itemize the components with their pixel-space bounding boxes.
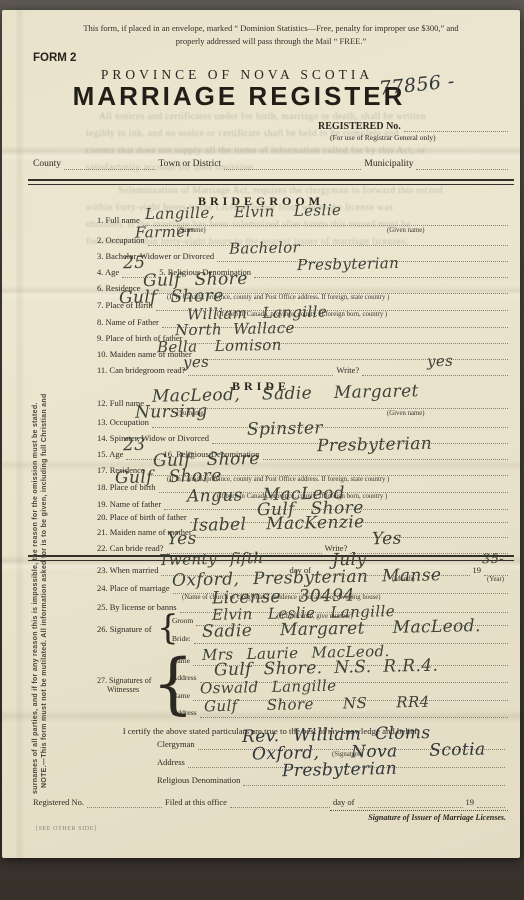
hw-groom-mother: Bella Lomison	[157, 336, 282, 357]
hw-wedding-day: Twenty fifth	[159, 549, 264, 569]
hw-denomination: Presbyterian	[282, 759, 398, 781]
field-groom-literacy: 11. Can bridegroom read? Write? yes yes	[97, 362, 508, 376]
field-line	[230, 796, 330, 808]
hw-wedding-year: 35-	[482, 552, 504, 567]
hw-bride-occupation: Nursing	[135, 401, 208, 423]
write-label: Write?	[333, 365, 362, 376]
hw-groom-can-read: yes	[183, 353, 210, 372]
hw-bride-birthplace: Gulf Shore	[115, 466, 222, 488]
field-bride-mother: 21. Maiden name of mother Isabel MacKenz…	[97, 524, 508, 538]
field-label: 23. When married	[97, 565, 161, 576]
margin-note-line1: NOTE.—This form must not be mutilated. A…	[41, 188, 48, 788]
county-line	[64, 158, 156, 170]
day-of-label: day of	[330, 797, 357, 808]
county-label: County	[33, 159, 64, 170]
field-label: 15. Age	[97, 449, 126, 460]
denomination-label: Religious Denomination	[157, 775, 243, 786]
field-line	[148, 234, 508, 246]
registrar-note: (For use of Registrar General only)	[330, 133, 436, 142]
hw-bride-status: Spinster	[247, 418, 323, 440]
mail-notice-line1: This form, if placed in an envelope, mar…	[42, 22, 500, 34]
year-prefix: 19	[463, 797, 478, 808]
registered-no-line	[404, 120, 508, 132]
field-groom-father: 8. Name of Father William Langille	[97, 314, 508, 328]
field-label: 3. Bachelor, Widower or Divorced	[97, 251, 217, 262]
ghost-text-line: correct that does not supply all the ite…	[86, 146, 426, 156]
field-line	[87, 796, 162, 808]
hw-groom-can-write: yes	[427, 352, 454, 371]
hw-bride-can-write: Yes	[372, 529, 402, 550]
municipality-line	[416, 158, 508, 170]
town-label: Town or District	[155, 159, 224, 170]
signatures-label: 26. Signature of	[97, 624, 152, 634]
municipality-label: Municipality	[361, 159, 416, 170]
form-number: FORM 2	[33, 52, 76, 64]
field-label: 8. Name of Father	[97, 317, 162, 328]
hw-groom-status: Bachelor	[229, 238, 300, 257]
witness2-address-row: Address Gulf Shore NS RR4	[172, 704, 508, 718]
field-label: 20. Place of birth of father	[97, 512, 190, 523]
filed-label: Filed at this office	[162, 797, 230, 808]
bride-signature-row: Bride: Sadie Margaret MacLeod.	[172, 630, 508, 644]
hw-groom-occupation: Farmer	[135, 222, 194, 241]
address-label: Address	[157, 757, 188, 768]
town-line	[224, 158, 361, 170]
registered-no-field: REGISTERED No.	[318, 118, 508, 132]
field-label: 24. Place of marriage	[97, 583, 173, 594]
hw-bride-mother: Isabel MacKenzie	[192, 512, 365, 536]
hw-bride-age: 23	[123, 435, 146, 455]
witnesses-block: 27. Signatures of Witnesses { Name Mrs L…	[97, 652, 508, 722]
issuer-signature-line	[330, 810, 508, 811]
county-row: County Town or District Municipality	[33, 156, 508, 170]
field-label: 22. Can bride read?	[97, 543, 167, 554]
field-groom-occupation: 2. Occupation Farmer	[97, 232, 508, 246]
field-label: 14. Spinster, Widow or Divorced	[97, 433, 212, 444]
section-divider	[28, 555, 514, 561]
see-other-side-note: [SEE OTHER SIDE]	[36, 826, 97, 832]
marriage-register-form: All notices and certificates under for b…	[2, 10, 520, 858]
field-label: 11. Can bridegroom read?	[97, 365, 188, 376]
groom-sig-label: Groom	[172, 615, 196, 626]
name-label: Name	[172, 655, 193, 666]
name-label: Name	[172, 690, 193, 701]
margin-note-line2: surnames of all parties, and if for any …	[32, 194, 39, 794]
witnesses-label-2: Witnesses	[107, 685, 139, 694]
address-label: Address	[172, 707, 200, 718]
mail-notice-line2: properly addressed will pass through the…	[42, 35, 500, 47]
registered-no-label: Registered No.	[33, 797, 87, 808]
hw-groom-religion: Presbyterian	[297, 254, 400, 274]
signatures-block: 26. Signature of { Groom Elvin Leslie La…	[97, 612, 508, 648]
field-line	[188, 364, 333, 376]
field-line	[477, 796, 505, 808]
office-footer-row: Registered No. Filed at this office day …	[33, 794, 505, 808]
hw-bride-religion: Presbyterian	[317, 434, 433, 456]
section-divider	[28, 179, 514, 185]
witnesses-label-1: 27. Signatures of	[97, 676, 151, 685]
denomination-row: Religious Denomination Presbyterian	[157, 772, 505, 786]
registered-no-label: REGISTERED No.	[318, 121, 404, 132]
field-line	[358, 796, 463, 808]
field-bride-status: 14. Spinster, Widow or Divorced Spinster	[97, 430, 508, 444]
hw-bride-can-read: Yes	[167, 529, 197, 550]
field-label: 4. Age	[97, 267, 122, 278]
issuer-signature-label: Signature of Issuer of Marriage Licenses…	[286, 813, 506, 822]
bride-sig-label: Bride:	[172, 633, 194, 644]
clergyman-label: Clergyman	[157, 739, 198, 750]
address-label: Address	[172, 672, 200, 683]
